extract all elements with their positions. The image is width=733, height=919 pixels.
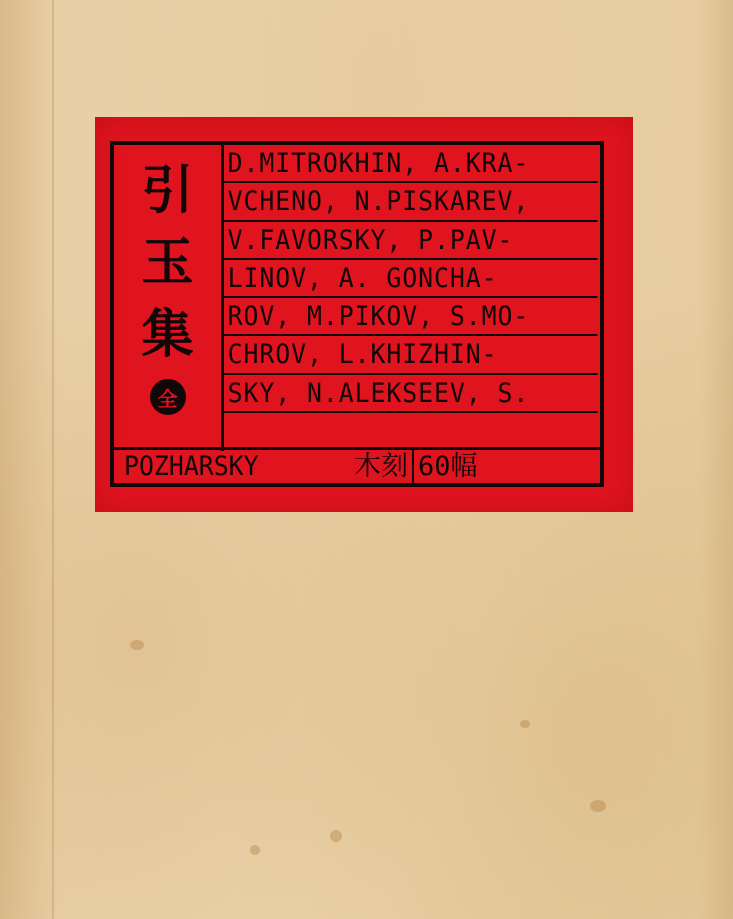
artist-line: V.FAVORSKY, P.PAV- bbox=[224, 222, 598, 260]
artist-line: CHROV, L.KHIZHIN- bbox=[224, 336, 598, 374]
foxing-stain bbox=[520, 720, 530, 728]
artist-line: ROV, M.PIKOV, S.MO- bbox=[224, 298, 598, 336]
title-char: 集 bbox=[141, 299, 193, 371]
artist-line bbox=[224, 413, 598, 451]
book-spine-crease bbox=[52, 0, 54, 919]
divider bbox=[412, 450, 414, 483]
foxing-stain bbox=[250, 845, 260, 855]
subtitle-woodcut: 木刻 bbox=[354, 450, 408, 483]
bottom-line: POZHARSKY 木刻 60幅 bbox=[114, 447, 600, 483]
artist-line: VCHENO, N.PISKAREV, bbox=[224, 183, 598, 221]
label-frame: 引 玉 集 全 D.MITROKHIN, A.KRA- VCHENO, N.PI… bbox=[110, 141, 604, 487]
title-column: 引 玉 集 全 bbox=[114, 145, 224, 451]
cover-label: 引 玉 集 全 D.MITROKHIN, A.KRA- VCHENO, N.PI… bbox=[95, 117, 633, 512]
foxing-stain bbox=[130, 640, 144, 650]
foxing-stain bbox=[330, 830, 342, 842]
title-char: 玉 bbox=[141, 227, 193, 299]
last-artist: POZHARSKY bbox=[124, 450, 336, 483]
artist-line: SKY, N.ALEKSEEV, S. bbox=[224, 375, 598, 413]
seal-icon: 全 bbox=[150, 379, 186, 415]
foxing-stain bbox=[590, 800, 606, 812]
artist-line: D.MITROKHIN, A.KRA- bbox=[224, 145, 598, 183]
artist-line: LINOV, A. GONCHA- bbox=[224, 260, 598, 298]
artist-list: D.MITROKHIN, A.KRA- VCHENO, N.PISKAREV, … bbox=[224, 145, 600, 451]
print-count: 60幅 bbox=[418, 450, 478, 483]
title-char: 引 bbox=[141, 155, 193, 227]
